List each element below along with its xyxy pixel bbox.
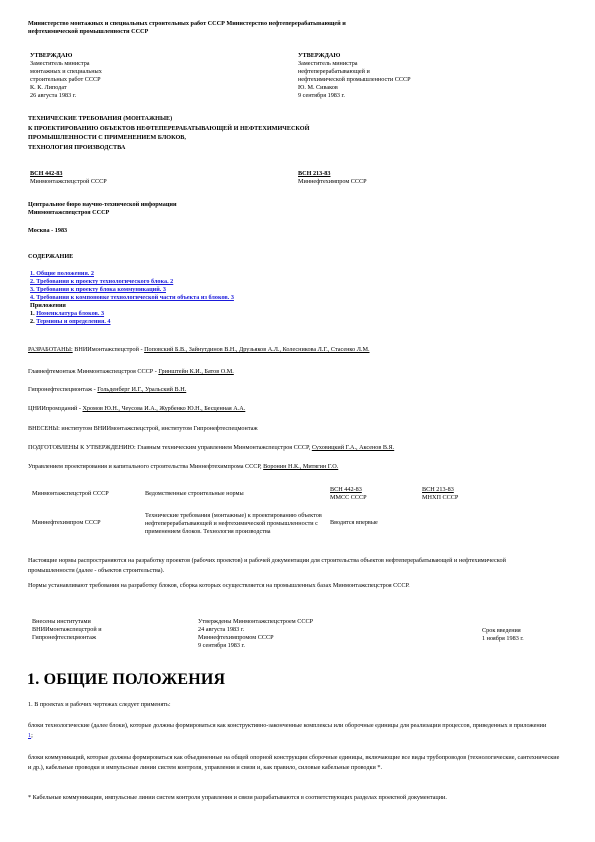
code-right-org: Миннефтехимпром СССР	[298, 178, 367, 186]
title-line: К ПРОЕКТИРОВАНИЮ ОБЪЕКТОВ НЕФТЕПЕРЕРАБАТ…	[28, 124, 309, 134]
approval-right-line: Ю. М. Сиваков	[298, 84, 411, 92]
enactment-line: Миннефтехимпромом СССР	[198, 634, 313, 642]
toc-appendix-1[interactable]: Номенклатура блоков. 3	[36, 310, 104, 317]
approval-left-line: монтажных и специальных	[30, 68, 102, 76]
approval-left-title: УТВЕРЖДАЮ	[30, 52, 102, 60]
credits-giprone: Гипронефтеспецмонтаж - Гольденберг И.Г.,…	[28, 386, 186, 394]
approval-right: УТВЕРЖДАЮ Заместитель министра нефтепере…	[298, 52, 411, 100]
intro-paragraph-2: Нормы устанавливают требования на разраб…	[28, 581, 548, 591]
norm-table: Минмонтажспецстрой СССР Ведомственные ст…	[32, 483, 552, 541]
city-year: Москва - 1983	[28, 227, 177, 235]
prepared-names[interactable]: Суховицкий Г.А., Аксенов В.Я.	[312, 444, 394, 451]
credits-glav: Главнефтемонтаж Минмонтажспецстроя СССР …	[28, 368, 234, 376]
developed-label: РАЗРАБОТАНЫ:	[28, 346, 73, 353]
code-left-number: ВСН 442-83	[30, 170, 107, 178]
toc-item-3[interactable]: 3. Требования к проекту блока коммуникац…	[30, 286, 166, 293]
section-1-para-2: блоки технологические (далее блоки), кот…	[28, 721, 548, 740]
credits-developed: РАЗРАБОТАНЫ: ВНИИмонтажспецстрой - Попов…	[28, 346, 370, 354]
enactment-line: Утверждены Минмонтажспецстроем СССР	[198, 618, 313, 626]
enactment-line: Внесены институтами	[32, 618, 102, 626]
approval-left-line: Заместитель министра	[30, 60, 102, 68]
giprone-names[interactable]: Гольденберг И.Г., Уральский В.Н.	[97, 386, 186, 393]
toc-appendix-num: 2.	[30, 318, 35, 325]
effective-date: 1 ноября 1983 г.	[482, 635, 524, 643]
giprone-org: Гипронефтеспецмонтаж -	[28, 386, 97, 393]
title-line: ТЕХНИЧЕСКИЕ ТРЕБОВАНИЯ (МОНТАЖНЫЕ)	[28, 114, 309, 124]
table-row: Минмонтажспецстрой СССР Ведомственные ст…	[32, 483, 552, 505]
cell-code-2: ВСН 213-83	[422, 486, 552, 494]
para-2-end: ;	[31, 732, 33, 739]
enactment-line: ВНИИмонтажспецстрой и	[32, 626, 102, 634]
publisher: Центральное бюро научно-технической инфо…	[28, 201, 177, 235]
toc-appendix-2[interactable]: Термины и определения. 4	[36, 318, 110, 325]
design-dept-text: Управлением проектирования и капитальног…	[28, 463, 263, 470]
title-line: ТЕХНОЛОГИЯ ПРОИЗВОДСТВА	[28, 143, 309, 153]
approval-right-line: нефтеперерабатывающей и	[298, 68, 411, 76]
intro-paragraph-1: Настоящие нормы распространяются на разр…	[28, 556, 548, 575]
enactment-effective: Срок введения 1 ноября 1983 г.	[482, 627, 524, 643]
toc-title: СОДЕРЖАНИЕ	[28, 253, 73, 261]
credits-submitted: ВНЕСЕНЫ: институтом ВНИИмонтажспецстрой,…	[28, 425, 258, 433]
cell-ministry: ММСС СССР	[330, 494, 422, 502]
approval-left-line: К. К. Липодат	[30, 84, 102, 92]
developed-org: ВНИИмонтажспецстрой -	[74, 346, 144, 353]
para-2-text: блоки технологические (далее блоки), кот…	[28, 722, 546, 729]
section-1-para-1: 1. В проектах и рабочих чертежах следует…	[28, 701, 171, 709]
glav-org: Главнефтемонтаж Минмонтажспецстроя СССР …	[28, 368, 158, 375]
approval-left-line: строительных работ СССР	[30, 76, 102, 84]
title-line: ПРОМЫШЛЕННОСТИ С ПРИМЕНЕНИЕМ БЛОКОВ,	[28, 133, 309, 143]
ministries-line-1: Министерство монтажных и специальных стр…	[28, 20, 568, 28]
toc-appendix-label: Приложения	[30, 302, 234, 310]
document-title: ТЕХНИЧЕСКИЕ ТРЕБОВАНИЯ (МОНТАЖНЫЕ) К ПРО…	[28, 114, 309, 152]
approval-right-line: нефтехимической промышленности СССР	[298, 76, 411, 84]
approval-right-title: УТВЕРЖДАЮ	[298, 52, 411, 60]
ministries-line-2: нефтехимической промышленности СССР	[28, 28, 568, 36]
cell-org: Минмонтажспецстрой СССР	[32, 483, 145, 505]
footnote: * Кабельные коммуникации, импульсные лин…	[28, 793, 548, 803]
section-1-heading: 1. ОБЩИЕ ПОЛОЖЕНИЯ	[27, 671, 225, 689]
credits-prepared: ПОДГОТОВЛЕНЫ К УТВЕРЖДЕНИЮ: Главным техн…	[28, 444, 394, 452]
design-dept-names[interactable]: Воронин Н.К., Митягин Г.О.	[263, 463, 338, 470]
cell-note: Вводятся впервые	[330, 505, 422, 541]
enactment-line: Гипронефтеспецмонтаж	[32, 634, 102, 642]
cell-code: ВСН 442-83	[330, 486, 422, 494]
enactment-approved: Утверждены Минмонтажспецстроем СССР 24 а…	[198, 618, 313, 650]
approval-right-line: Заместитель министра	[298, 60, 411, 68]
cell-org: Миннефтехимпром СССР	[32, 505, 145, 541]
section-1-para-3: блоки коммуникаций, которые должны форми…	[28, 753, 563, 772]
table-row: Миннефтехимпром СССР Технические требова…	[32, 505, 552, 541]
table-of-contents: 1. Общие положения. 2 2. Требования к пр…	[30, 270, 234, 326]
approval-right-date: 9 сентября 1983 г.	[298, 92, 411, 100]
enactment-line: 9 сентября 1983 г.	[198, 642, 313, 650]
toc-item-1[interactable]: 1. Общие положения. 2	[30, 270, 94, 277]
cell-type: Ведомственные строительные нормы	[145, 483, 330, 505]
tsnii-names[interactable]: Хромов Ю.Н., Чеусова И.А., Журбенко Ю.Н.…	[83, 405, 246, 412]
developed-names[interactable]: Поповский Б.В., Зайнутдинов В.Н., Друзья…	[144, 346, 369, 353]
enactment-line: 24 августа 1983 г.	[198, 626, 313, 634]
prepared-text: ПОДГОТОВЛЕНЫ К УТВЕРЖДЕНИЮ: Главным техн…	[28, 444, 312, 451]
cell-ministry-2: МНХП СССР	[422, 494, 552, 502]
approval-left: УТВЕРЖДАЮ Заместитель министра монтажных…	[30, 52, 102, 100]
publisher-line-1: Центральное бюро научно-технической инфо…	[28, 201, 177, 209]
code-right: ВСН 213-83 Миннефтехимпром СССР	[298, 170, 367, 186]
code-left: ВСН 442-83 Минмонтажспецстрой СССР	[30, 170, 107, 186]
code-left-org: Минмонтажспецстрой СССР	[30, 178, 107, 186]
toc-item-4[interactable]: 4. Требования к компоновке технологическ…	[30, 294, 234, 301]
effective-label: Срок введения	[482, 627, 524, 635]
tsnii-org: ЦНИИпромзданий -	[28, 405, 83, 412]
toc-item-2[interactable]: 2. Требования к проекту технологического…	[30, 278, 173, 285]
code-right-number: ВСН 213-83	[298, 170, 367, 178]
toc-appendix-num: 1.	[30, 310, 35, 317]
glav-names[interactable]: Гринштейн К.И., Батов О.М.	[158, 368, 233, 375]
credits-design-dept: Управлением проектирования и капитальног…	[28, 463, 338, 471]
enactment-submitted: Внесены институтами ВНИИмонтажспецстрой …	[32, 618, 102, 642]
approval-left-date: 26 августа 1983 г.	[30, 92, 102, 100]
credits-tsnii: ЦНИИпромзданий - Хромов Ю.Н., Чеусова И.…	[28, 405, 245, 413]
cell-type: Технические требования (монтажные) к про…	[145, 505, 330, 541]
publisher-line-2: Минмонтажспецстроя СССР	[28, 209, 177, 217]
ministries-header: Министерство монтажных и специальных стр…	[28, 20, 568, 36]
